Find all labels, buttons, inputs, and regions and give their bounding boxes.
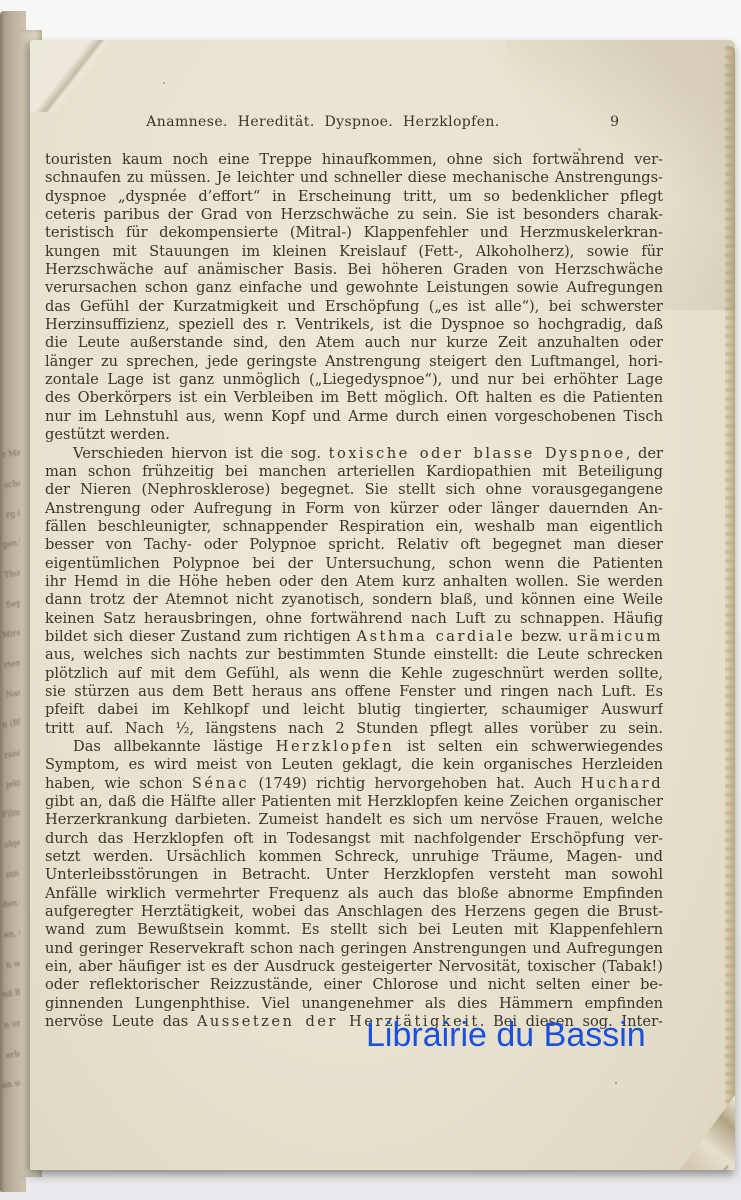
text-line: man schon frühzeitig bei manchen arterie… [45, 463, 663, 481]
text-line: Anstrengung oder Aufregung in Form von k… [45, 500, 663, 518]
text-line: und geringer Reservekraft schon nach ger… [45, 940, 663, 958]
body-text: des Oberkörpers ist ein Verbleiben im Be… [45, 389, 663, 406]
text-line: länger zu sprechen, jede geringste Anstr… [45, 353, 663, 371]
text-line: ginnenden Lungenphthise. Viel unangenehm… [45, 995, 663, 1013]
body-text: ceteris paribus der Grad von Herzschwäch… [45, 206, 663, 223]
text-line: Symptom, es wird meist von Leuten geklag… [45, 756, 663, 774]
emphasized-text: Herzklopfen [276, 738, 394, 755]
text-line: sie stürzen aus dem Bett heraus ans offe… [45, 683, 663, 701]
text-line: kungen mit Stauungen im kleinen Kreislau… [45, 243, 663, 261]
body-text: Herzerkrankung darbieten. Zumeist handel… [45, 811, 663, 828]
body-text: länger zu sprechen, jede geringste Anstr… [45, 353, 663, 370]
body-text: schnaufen zu müssen. Je leichter und sch… [45, 169, 663, 186]
text-line: durch das Herzklopfen oft in Todesangst … [45, 830, 663, 848]
text-line: nur im Lehnstuhl aus, wenn Kopf und Arme… [45, 408, 663, 426]
page-deckle-edge [725, 46, 735, 1164]
text-line: Anfälle wirklich vermehrter Frequenz als… [45, 885, 663, 903]
text-line: Herzinsuffizienz, speziell des r. Ventri… [45, 316, 663, 334]
body-text: und geringer Reservekraft schon nach ger… [45, 940, 663, 957]
text-line: dann trotz der Atemnot nicht zyanotisch,… [45, 591, 663, 609]
text-body: touristen kaum noch eine Treppe hinaufko… [45, 151, 663, 1032]
body-text: ist selten ein schwerwiegendes [394, 738, 663, 755]
text-line: verursachen schon ganz einfache und gewo… [45, 279, 663, 297]
body-text: nervöse Leute das [45, 1013, 197, 1030]
text-line: zontale Lage ist ganz unmöglich („Lieged… [45, 371, 663, 389]
body-text: Herzschwäche auf anämischer Basis. Bei h… [45, 261, 663, 278]
body-text: sie stürzen aus dem Bett heraus ans offe… [45, 683, 663, 700]
emphasized-text: urämicum [568, 628, 663, 645]
body-text: dyspnoe „dyspnée d’effort“ in Erscheinun… [45, 188, 663, 205]
body-text: aus, welches sich nachts zur bestimmten … [45, 646, 663, 663]
text-line: gestützt werden. [45, 426, 663, 444]
text-line: Herzerkrankung darbieten. Zumeist handel… [45, 811, 663, 829]
body-text: touristen kaum noch eine Treppe hinaufko… [45, 151, 663, 168]
body-text: haben, wie schon [45, 775, 192, 792]
body-text: fällen beschleunigter, schnappender Resp… [45, 518, 663, 535]
text-line: setzt werden. Ursächlich kommen Schreck,… [45, 848, 663, 866]
text-line: die Leute außerstande sind, den Atem auc… [45, 334, 663, 352]
body-text: keinen Satz herausbringen, ohne fortwähr… [45, 610, 663, 627]
text-line: ceteris paribus der Grad von Herzschwäch… [45, 206, 663, 224]
text-line: eigentümlichen Polypnoe bei der Untersuc… [45, 555, 663, 573]
text-line: Unterleibsstörungen in Betracht. Unter H… [45, 866, 663, 884]
page-number: 9 [610, 114, 619, 130]
text-line: besser von Tachy- oder Polypnoe spricht.… [45, 536, 663, 554]
body-text: die Leute außerstande sind, den Atem auc… [45, 334, 663, 351]
body-text: wand zum Bewußtsein kommt. Es stellt sic… [45, 921, 663, 938]
book-photo: { "watermark": { "text": "Librairie du B… [0, 0, 741, 1200]
text-line: das Gefühl der Kurzatmigkeit und Erschöp… [45, 298, 663, 316]
body-text: verursachen schon ganz einfache und gewo… [45, 279, 663, 296]
text-line: ein, aber häufiger ist es der Ausdruck g… [45, 958, 663, 976]
body-text: gibt an, daß die Hälfte aller Patienten … [45, 793, 663, 810]
page-corner-curl [680, 1095, 735, 1170]
edge-text-fragment: nd B [1, 988, 21, 1000]
body-text: setzt werden. Ursächlich kommen Schreck,… [45, 848, 663, 865]
text-line: pfeift dabei im Kehlkopf und leicht blut… [45, 701, 663, 719]
body-text: ihr Hemd in die Höhe heben oder den Atem… [45, 573, 663, 590]
body-text: man schon frühzeitig bei manchen arterie… [45, 463, 663, 480]
body-text: tritt auf. Nach ½, längstens nach 2 Stun… [45, 720, 663, 737]
body-text: bildet sich dieser Zustand zum richtigen [45, 628, 357, 645]
body-text: das Gefühl der Kurzatmigkeit und Erschöp… [45, 298, 663, 315]
running-header: Anamnese. Heredität. Dyspnoe. Herzklopfe… [45, 114, 663, 134]
body-text: eigentümlichen Polypnoe bei der Untersuc… [45, 555, 663, 572]
text-line: haben, wie schon Sénac (1749) richtig he… [45, 775, 663, 793]
emphasized-text: Sénac [192, 775, 249, 792]
bookseller-watermark: Librairie du Bassin [366, 1016, 646, 1055]
body-text: Verschieden hiervon ist die sog. [73, 445, 329, 462]
text-line: der Nieren (Nephrosklerose) begegnet. Si… [45, 481, 663, 499]
text-line: aus, welches sich nachts zur bestimmten … [45, 646, 663, 664]
text-line: dyspnoe „dyspnée d’effort“ in Erscheinun… [45, 188, 663, 206]
body-text: bezw. [515, 628, 568, 645]
text-line: gibt an, daß die Hälfte aller Patienten … [45, 793, 663, 811]
text-line: fällen beschleunigter, schnappender Resp… [45, 518, 663, 536]
text-line: tritt auf. Nach ½, längstens nach 2 Stun… [45, 720, 663, 738]
text-line: wand zum Bewußtsein kommt. Es stellt sic… [45, 921, 663, 939]
body-text: nur im Lehnstuhl aus, wenn Kopf und Arme… [45, 408, 663, 425]
edge-text-fragment: Film [1, 808, 20, 820]
body-text: ein, aber häufiger ist es der Ausdruck g… [45, 958, 663, 975]
body-text: Anstrengung oder Aufregung in Form von k… [45, 500, 663, 517]
emphasized-text: Huchard [581, 775, 663, 792]
body-text: plötzlich auf mit dem Gefühl, als wenn d… [45, 665, 663, 682]
body-text: der Nieren (Nephrosklerose) begegnet. Si… [45, 481, 663, 498]
body-text: Anfälle wirklich vermehrter Frequenz als… [45, 885, 663, 902]
body-text: (1749) richtig hervorgehoben hat. Auch [249, 775, 581, 792]
text-line: Herzschwäche auf anämischer Basis. Bei h… [45, 261, 663, 279]
emphasized-text: Asthma cardiale [357, 628, 516, 645]
text-line: bildet sich dieser Zustand zum richtigen… [45, 628, 663, 646]
text-line: Verschieden hiervon ist die sog. toxisch… [45, 445, 663, 463]
text-line: schnaufen zu müssen. Je leichter und sch… [45, 169, 663, 187]
body-text: aufgeregter Herztätigkeit, wobei das Ans… [45, 903, 663, 920]
text-line: ihr Hemd in die Höhe heben oder den Atem… [45, 573, 663, 591]
text-line: oder reflektorischer Reizzustände, einer… [45, 976, 663, 994]
book-page: Anamnese. Heredität. Dyspnoe. Herzklopfe… [30, 40, 735, 1170]
text-line: des Oberkörpers ist ein Verbleiben im Be… [45, 389, 663, 407]
header-title: Anamnese. Heredität. Dyspnoe. Herzklopfe… [45, 114, 663, 130]
body-text: Herzinsuffizienz, speziell des r. Ventri… [45, 316, 663, 333]
body-text: durch das Herzklopfen oft in Todesangst … [45, 830, 663, 847]
body-text: pfeift dabei im Kehlkopf und leicht blut… [45, 701, 663, 718]
body-text: , der [626, 445, 663, 462]
body-text: kungen mit Stauungen im kleinen Kreislau… [45, 243, 663, 260]
text-line: touristen kaum noch eine Treppe hinaufko… [45, 151, 663, 169]
text-line: plötzlich auf mit dem Gefühl, als wenn d… [45, 665, 663, 683]
text-line: teristisch für dekompensierte (Mitral-) … [45, 224, 663, 242]
body-text: Unterleibsstörungen in Betracht. Unter H… [45, 866, 663, 883]
emphasized-text: toxische oder blasse Dyspnoe [329, 445, 626, 462]
body-text: Symptom, es wird meist von Leuten geklag… [45, 756, 663, 773]
body-text: zontale Lage ist ganz unmöglich („Lieged… [45, 371, 663, 388]
body-text: oder reflektorischer Reizzustände, einer… [45, 976, 663, 993]
body-text: dann trotz der Atemnot nicht zyanotisch,… [45, 591, 663, 608]
text-line: keinen Satz herausbringen, ohne fortwähr… [45, 610, 663, 628]
body-text: besser von Tachy- oder Polypnoe spricht.… [45, 536, 663, 553]
body-text: teristisch für dekompensierte (Mitral-) … [45, 224, 663, 241]
body-text: Das allbekannte lästige [73, 738, 276, 755]
body-text: gestützt werden. [45, 426, 170, 443]
body-text: ginnenden Lungenphthise. Viel unangenehm… [45, 995, 663, 1012]
page-content: Anamnese. Heredität. Dyspnoe. Herzklopfe… [45, 40, 663, 1170]
text-line: aufgeregter Herztätigkeit, wobei das Ans… [45, 903, 663, 921]
text-line: Das allbekannte lästige Herzklopfen ist … [45, 738, 663, 756]
